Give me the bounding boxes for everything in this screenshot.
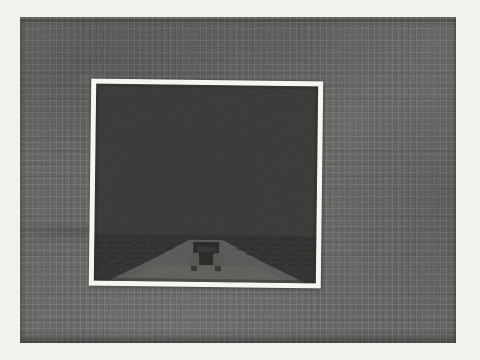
page-background bbox=[0, 0, 480, 360]
photo-frame bbox=[89, 79, 324, 289]
woven-texture-backdrop bbox=[20, 17, 456, 343]
photo-light-speckle bbox=[94, 84, 318, 284]
photo-scene bbox=[94, 84, 318, 284]
